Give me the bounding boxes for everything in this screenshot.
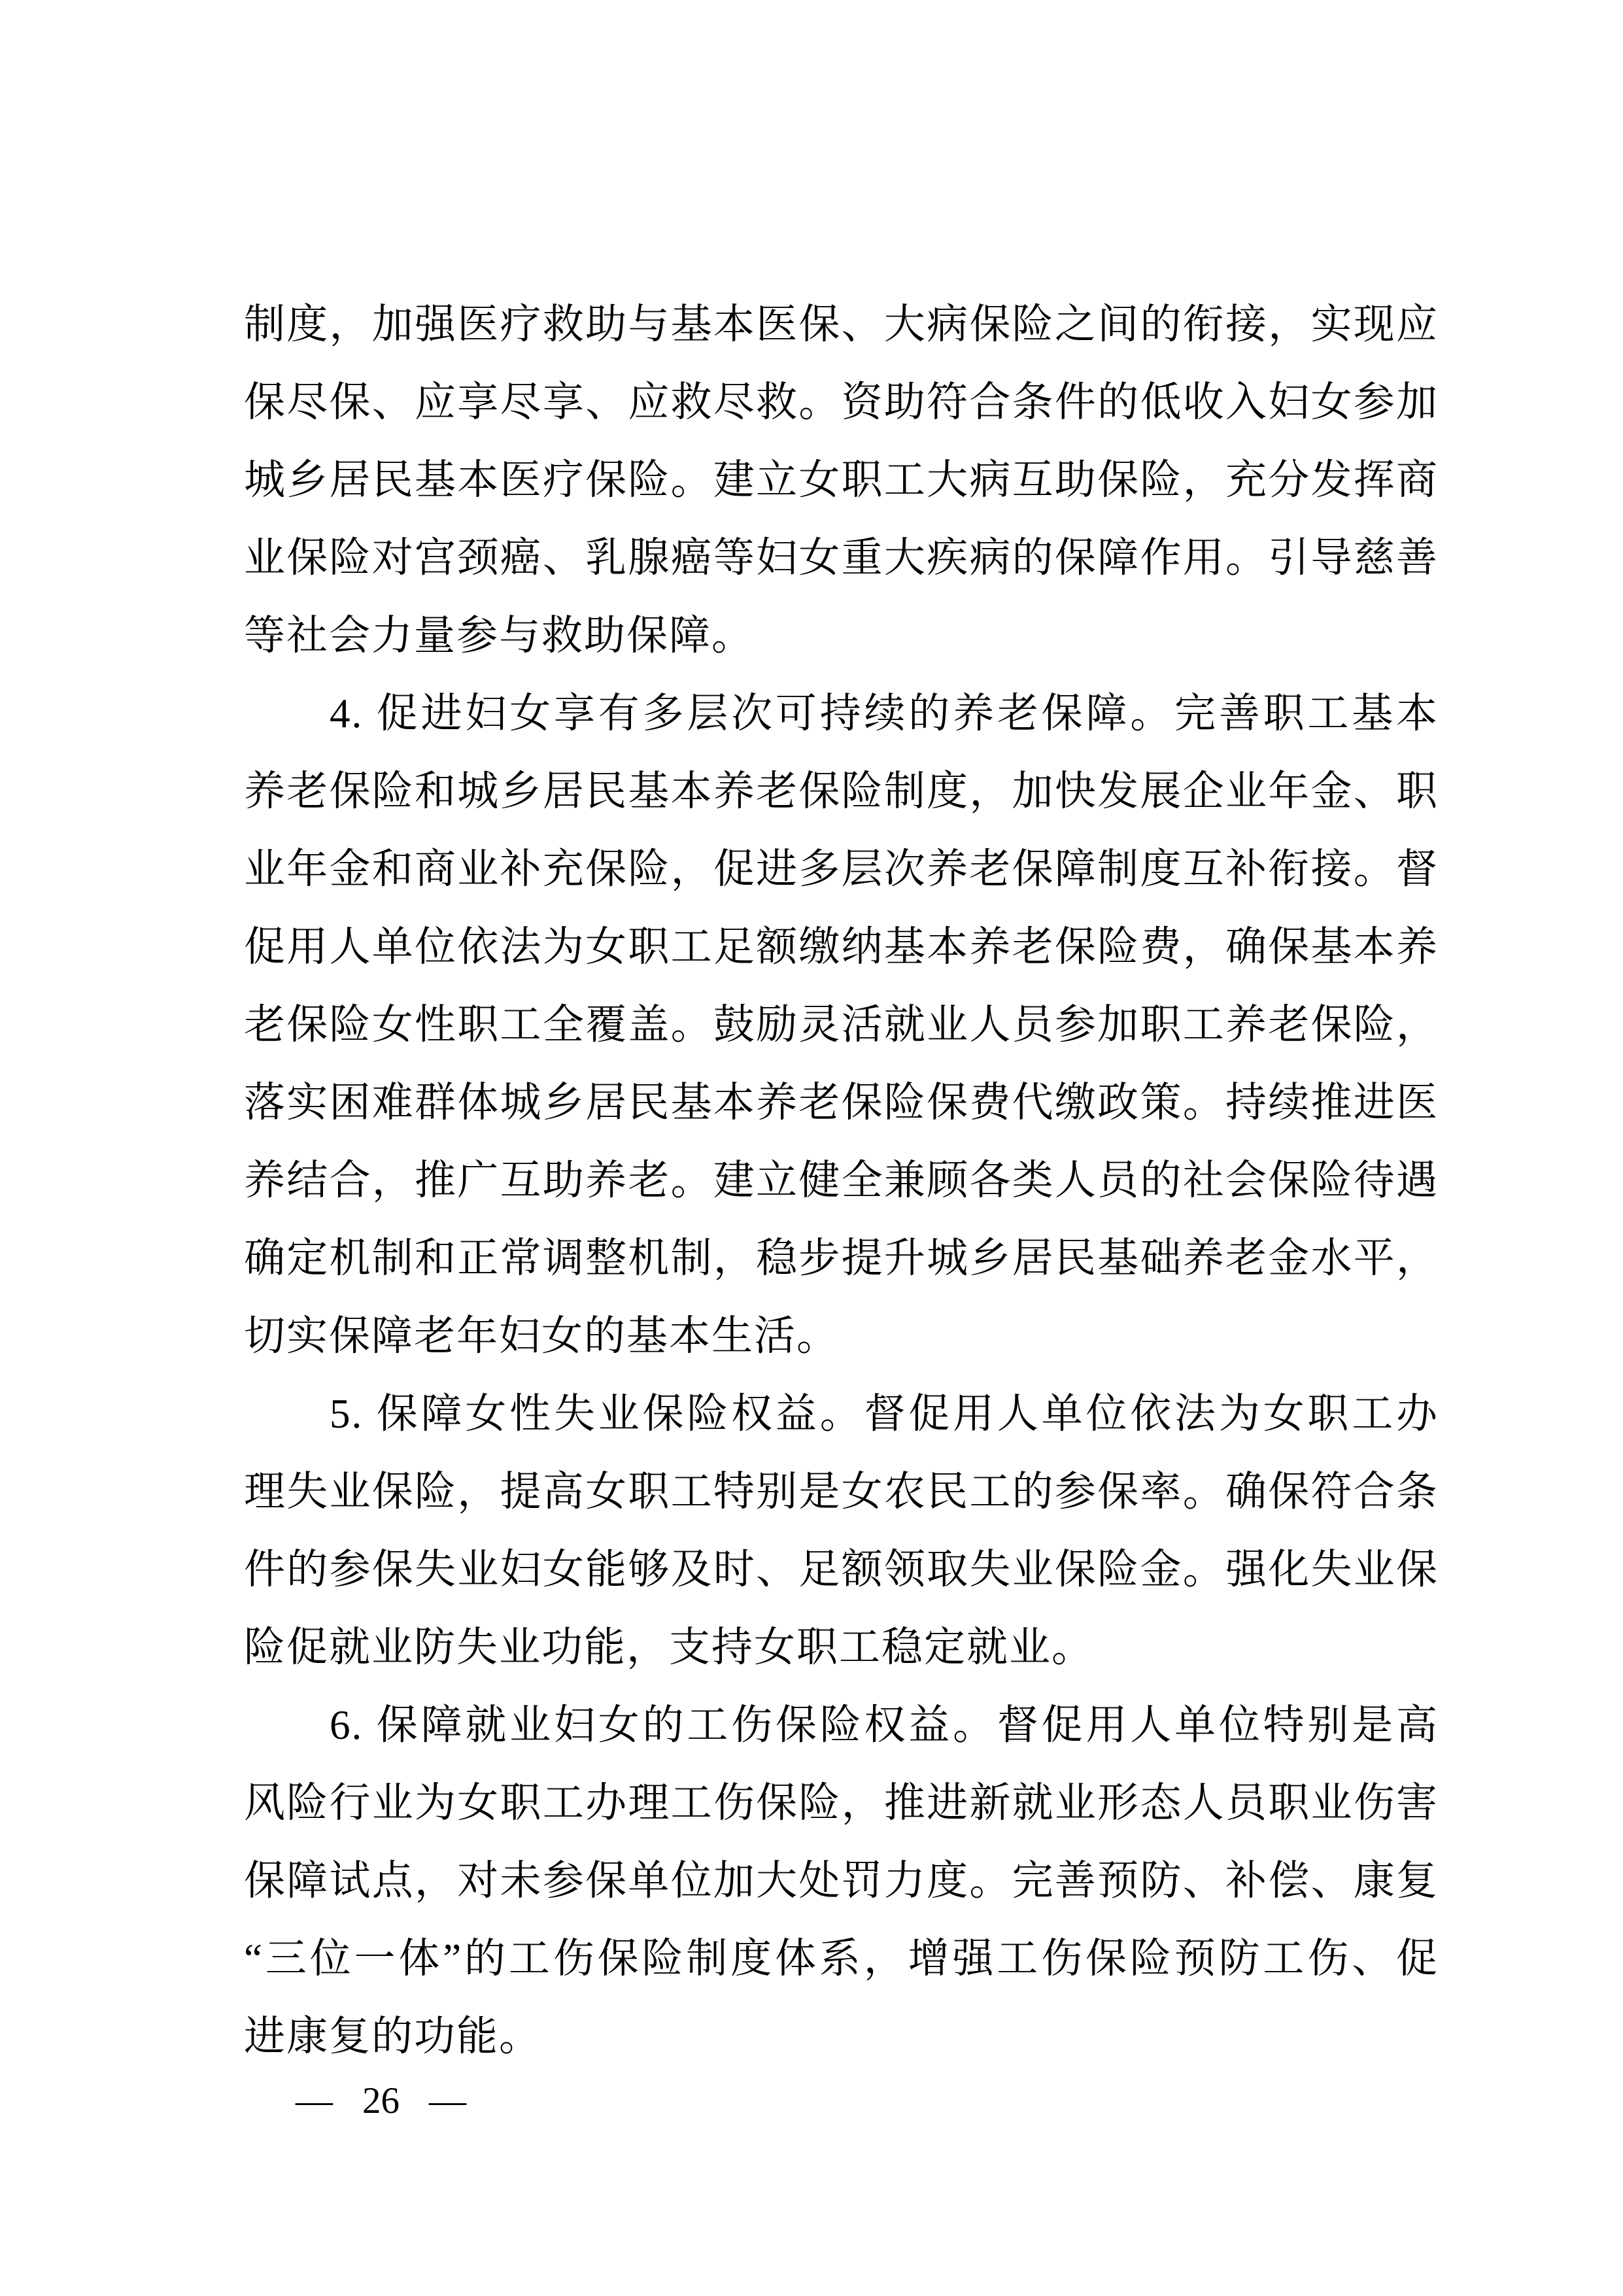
body-text-line: 5. 保障女性失业保险权益。督促用人单位依法为女职工办	[244, 1375, 1439, 1453]
body-text-line: 业保险对宫颈癌、乳腺癌等妇女重大疾病的保障作用。引导慈善	[244, 519, 1439, 597]
body-text-line: 促用人单位依法为女职工足额缴纳基本养老保险费，确保基本养	[244, 908, 1439, 986]
footer-page-number: 26	[362, 2080, 400, 2121]
body-text-line: 切实保障老年妇女的基本生活。	[244, 1297, 1439, 1375]
page-footer: —26—	[296, 2078, 466, 2124]
footer-dash-right: —	[429, 2080, 466, 2121]
body-text-line: 养结合，推广互助养老。建立健全兼顾各类人员的社会保险待遇	[244, 1142, 1439, 1220]
body-text-line: 保障试点，对未参保单位加大处罚力度。完善预防、补偿、康复	[244, 1842, 1439, 1920]
body-text-line: 4. 促进妇女享有多层次可持续的养老保障。完善职工基本	[244, 675, 1439, 753]
body-text: 制度，加强医疗救助与基本医保、大病保险之间的衔接，实现应保尽保、应享尽享、应救尽…	[244, 286, 1439, 2076]
body-text-line: 理失业保险，提高女职工特别是女农民工的参保率。确保符合条	[244, 1453, 1439, 1531]
body-text-line: 业年金和商业补充保险，促进多层次养老保障制度互补衔接。督	[244, 831, 1439, 908]
body-text-line: 城乡居民基本医疗保险。建立女职工大病互助保险，充分发挥商	[244, 441, 1439, 519]
body-text-line: 6. 保障就业妇女的工伤保险权益。督促用人单位特别是高	[244, 1687, 1439, 1764]
document-page: 制度，加强医疗救助与基本医保、大病保险之间的衔接，实现应保尽保、应享尽享、应救尽…	[0, 0, 1623, 2296]
body-text-line: 制度，加强医疗救助与基本医保、大病保险之间的衔接，实现应	[244, 286, 1439, 364]
body-text-line: 保尽保、应享尽享、应救尽救。资助符合条件的低收入妇女参加	[244, 364, 1439, 441]
body-text-line: “三位一体”的工伤保险制度体系，增强工伤保险预防工伤、促	[244, 1920, 1439, 1998]
body-text-line: 落实困难群体城乡居民基本养老保险保费代缴政策。持续推进医	[244, 1064, 1439, 1142]
body-text-line: 养老保险和城乡居民基本养老保险制度，加快发展企业年金、职	[244, 753, 1439, 831]
body-text-line: 进康复的功能。	[244, 1998, 1439, 2076]
body-text-line: 风险行业为女职工办理工伤保险，推进新就业形态人员职业伤害	[244, 1764, 1439, 1842]
body-text-line: 件的参保失业妇女能够及时、足额领取失业保险金。强化失业保	[244, 1531, 1439, 1609]
body-text-line: 等社会力量参与救助保障。	[244, 597, 1439, 675]
body-text-line: 老保险女性职工全覆盖。鼓励灵活就业人员参加职工养老保险，	[244, 986, 1439, 1064]
body-text-line: 险促就业防失业功能，支持女职工稳定就业。	[244, 1609, 1439, 1687]
footer-dash-left: —	[296, 2080, 333, 2121]
body-text-line: 确定机制和正常调整机制，稳步提升城乡居民基础养老金水平，	[244, 1220, 1439, 1297]
